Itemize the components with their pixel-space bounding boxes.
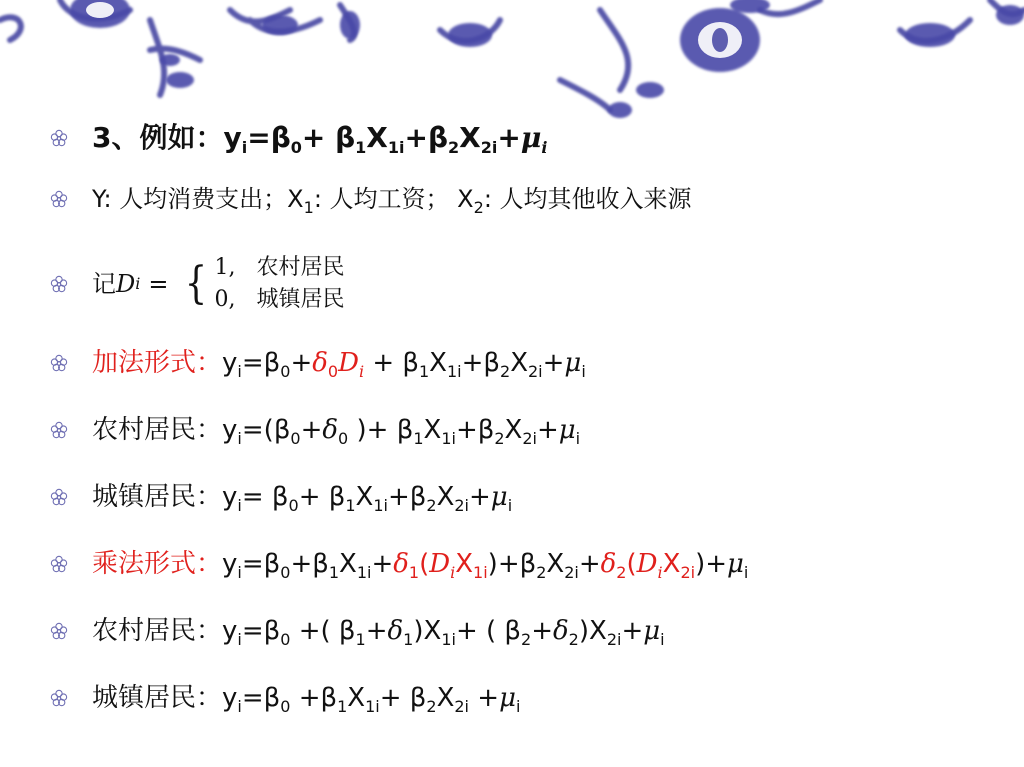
sub: 2 — [494, 429, 504, 448]
sub: 0 — [338, 429, 348, 448]
sym: β — [272, 482, 289, 512]
sub: 1 — [403, 630, 413, 649]
case-value: 1, — [214, 252, 256, 284]
sym: D — [116, 272, 135, 296]
sym: + — [537, 415, 559, 445]
sub: 1 — [337, 697, 347, 716]
sym: y — [223, 121, 241, 154]
sym: ( — [264, 415, 274, 445]
sub: 2 — [426, 697, 436, 716]
sym: β — [410, 482, 427, 512]
sub: 0 — [280, 697, 290, 716]
sym: μ — [643, 616, 660, 646]
flower-bullet-icon — [50, 622, 68, 640]
sym: = — [242, 683, 264, 713]
sub: 1i — [373, 496, 388, 515]
multiplicative-rural-line: 农村居民：yi=β0 +( β1+δ1)X1i+ ( β2+δ2)X2i+μi — [92, 618, 665, 644]
sym: ) — [695, 549, 705, 579]
sym: ) — [579, 616, 589, 646]
sym: X — [347, 683, 365, 713]
sym: β — [504, 616, 521, 646]
group-label: 农村居民： — [92, 616, 222, 646]
sub: 2 — [426, 496, 436, 515]
case-rural: 1,农村居民 — [214, 252, 344, 284]
bullet-multiplicative-urban: 城镇居民：yi=β0 +β1X1i+ β2X2i +μi — [50, 685, 520, 711]
sym: + — [498, 549, 520, 579]
sub: 2 — [521, 630, 531, 649]
sub: 0 — [280, 630, 290, 649]
sub: 2 — [474, 198, 484, 217]
sym: β — [271, 121, 291, 154]
sym: X — [437, 683, 455, 713]
sub: 1 — [356, 630, 366, 649]
sym: δ — [322, 415, 338, 445]
dummy-cases: 1,农村居民 0,城镇居民 — [214, 252, 344, 316]
sym: β — [478, 415, 495, 445]
sym: μ — [559, 415, 576, 445]
group-label: 城镇居民： — [92, 683, 222, 713]
flower-bullet-icon — [50, 129, 68, 147]
sub: i — [576, 429, 580, 448]
sym: = — [242, 415, 264, 445]
sub: 1i — [447, 362, 462, 381]
sym: + — [302, 121, 325, 154]
bullet-variable-definitions: Y: 人均消费支出；X1: 人均工资； X2: 人均其他收入来源 — [50, 187, 692, 211]
sym: X — [505, 415, 523, 445]
sym: X — [459, 121, 481, 154]
bullet-multiplicative-rural: 农村居民：yi=β0 +( β1+δ1)X1i+ ( β2+δ2)X2i+μi — [50, 618, 665, 644]
sym: X — [424, 415, 442, 445]
sym: β — [402, 348, 419, 378]
sym: + — [299, 482, 321, 512]
sub: 1 — [409, 563, 419, 582]
bullet-example-title: 3、例如：yi=β0+ β1X1i+β2X2i+μi — [50, 124, 547, 152]
sym: β — [264, 549, 281, 579]
sub: 2 — [448, 138, 459, 157]
sym: β — [483, 348, 500, 378]
sub: i — [660, 630, 664, 649]
sym: D — [637, 549, 658, 579]
sub: 2i — [680, 563, 695, 582]
variable-definitions-line: Y: 人均消费支出；X1: 人均工资； X2: 人均其他收入来源 — [92, 187, 692, 211]
sym: + — [621, 616, 643, 646]
flower-bullet-icon — [50, 354, 68, 372]
sub: 2i — [454, 697, 469, 716]
sub: 1 — [304, 198, 314, 217]
flower-bullet-icon — [50, 275, 68, 293]
sym: + — [301, 415, 323, 445]
sym: X — [510, 348, 528, 378]
sub: 0 — [290, 429, 300, 448]
sub: 2i — [564, 563, 579, 582]
sym: X — [339, 549, 357, 579]
sub: 1 — [345, 496, 355, 515]
bullet-additive-urban: 城镇居民：yi= β0+ β1X1i+β2X2i+μi — [50, 484, 512, 510]
sym: + — [371, 549, 393, 579]
sym: + — [290, 348, 312, 378]
sym: δ — [553, 616, 569, 646]
sym: δ — [601, 549, 617, 579]
sym: X — [356, 482, 374, 512]
bullet-additive-rural: 农村居民：yi=(β0+δ0 )+ β1X1i+β2X2i+μi — [50, 417, 580, 443]
sub: 2i — [481, 138, 498, 157]
sym: = — [242, 482, 264, 512]
form-label: 乘法形式： — [92, 549, 222, 579]
sub: 2i — [528, 362, 543, 381]
sym: + — [477, 683, 499, 713]
sym: y — [222, 616, 237, 646]
sym: X — [429, 348, 447, 378]
case-label: 农村居民 — [256, 252, 344, 284]
sub: 1 — [419, 362, 429, 381]
sym: + — [299, 616, 321, 646]
sym: ( — [486, 616, 496, 646]
text: Y: 人均消费支出；X — [92, 185, 304, 213]
sym: + — [543, 348, 565, 378]
sym: = — [242, 348, 264, 378]
sub: i — [744, 563, 748, 582]
sym: ) — [488, 549, 498, 579]
flower-bullet-icon — [50, 488, 68, 506]
brace: { — [185, 262, 207, 306]
sym: y — [222, 683, 237, 713]
sub: 1 — [413, 429, 423, 448]
sym: + — [469, 482, 491, 512]
sym: + — [299, 683, 321, 713]
sym: + — [456, 415, 478, 445]
sym: ) — [413, 616, 423, 646]
sym: ( — [321, 616, 331, 646]
sym: β — [520, 549, 537, 579]
sym: = — [242, 549, 264, 579]
additive-urban-line: 城镇居民：yi= β0+ β1X1i+β2X2i+μi — [92, 484, 512, 510]
sym: δ — [312, 348, 328, 378]
sym: D — [429, 549, 450, 579]
sym: + — [388, 482, 410, 512]
flower-bullet-icon — [50, 555, 68, 573]
sub: i — [516, 697, 520, 716]
additive-form-line: 加法形式：yi=β0+δ0Di + β1X1i+β2X2i+μi — [92, 350, 586, 376]
sym: + — [405, 121, 428, 154]
sym: + — [579, 549, 601, 579]
sub: 0 — [280, 362, 290, 381]
group-label: 城镇居民： — [92, 482, 222, 512]
sub: 1i — [473, 563, 488, 582]
sym: y — [222, 482, 237, 512]
sub: 0 — [328, 362, 338, 381]
sym: + — [531, 616, 553, 646]
sub: 2 — [536, 563, 546, 582]
sym: β — [410, 683, 427, 713]
sym: β — [335, 121, 355, 154]
sub: 1i — [365, 697, 380, 716]
flower-bullet-icon — [50, 689, 68, 707]
sub: i — [541, 138, 547, 157]
sub: 1i — [441, 630, 456, 649]
sym: X — [663, 549, 681, 579]
sym: = — [148, 272, 168, 296]
sym: + — [290, 549, 312, 579]
sub: 2i — [522, 429, 537, 448]
sym: ( — [419, 549, 429, 579]
sub: 2 — [500, 362, 510, 381]
sub: 0 — [291, 138, 302, 157]
sub: 2 — [569, 630, 579, 649]
text: 记 — [92, 272, 116, 296]
sub: 1i — [388, 138, 405, 157]
sym: + — [372, 348, 394, 378]
sub: 2i — [607, 630, 622, 649]
sub: 2i — [454, 496, 469, 515]
sym: = — [242, 616, 264, 646]
flower-bullet-icon — [50, 421, 68, 439]
sym: + — [705, 549, 727, 579]
sym: β — [264, 348, 281, 378]
sym: X — [589, 616, 607, 646]
sub: i — [508, 496, 512, 515]
sym: β — [428, 121, 448, 154]
sub: i — [581, 362, 585, 381]
flower-bullet-icon — [50, 190, 68, 208]
case-value: 0, — [214, 284, 256, 316]
sym: μ — [521, 121, 542, 154]
sym: = — [247, 121, 270, 154]
sym: β — [264, 616, 281, 646]
example-prefix: 3、例如： — [92, 121, 223, 154]
sym: X — [366, 121, 388, 154]
multiplicative-form-line: 乘法形式：yi=β0+β1X1i+δ1(DiX1i)+β2X2i+δ2(DiX2… — [92, 551, 748, 577]
sym: δ — [393, 549, 409, 579]
sym: X — [437, 482, 455, 512]
case-label: 城镇居民 — [256, 284, 344, 316]
sym: β — [264, 683, 281, 713]
sub: 0 — [289, 496, 299, 515]
sym: y — [222, 348, 237, 378]
sym: β — [329, 482, 346, 512]
sym: ) — [357, 415, 367, 445]
sym: + — [462, 348, 484, 378]
sym: μ — [564, 348, 581, 378]
floral-border-decoration — [0, 0, 1024, 120]
sub: 1i — [441, 429, 456, 448]
sym: + — [367, 415, 389, 445]
sym: + — [456, 616, 478, 646]
sub: 2 — [616, 563, 626, 582]
sym: μ — [491, 482, 508, 512]
group-label: 农村居民： — [92, 415, 222, 445]
sub: 1 — [329, 563, 339, 582]
sym: β — [339, 616, 356, 646]
sym: μ — [499, 683, 516, 713]
form-label: 加法形式： — [92, 348, 222, 378]
sym: δ — [388, 616, 404, 646]
multiplicative-urban-line: 城镇居民：yi=β0 +β1X1i+ β2X2i +μi — [92, 685, 520, 711]
sym: + — [366, 616, 388, 646]
sub: i — [359, 362, 364, 381]
sym: X — [455, 549, 473, 579]
sym: ( — [626, 549, 636, 579]
case-urban: 0,城镇居民 — [214, 284, 344, 316]
sub: 0 — [280, 563, 290, 582]
sym: β — [274, 415, 291, 445]
sub: 1 — [355, 138, 366, 157]
sym: μ — [727, 549, 744, 579]
sym: + — [380, 683, 402, 713]
sym: β — [397, 415, 414, 445]
sym: X — [424, 616, 442, 646]
bullet-dummy-definition: 记 Di = { 1,农村居民 0,城镇居民 — [50, 252, 345, 316]
sub: 1i — [357, 563, 372, 582]
bullet-multiplicative-form: 乘法形式：yi=β0+β1X1i+δ1(DiX1i)+β2X2i+δ2(DiX2… — [50, 551, 748, 577]
sym: y — [222, 415, 237, 445]
sym: + — [497, 121, 520, 154]
text: : 人均其他收入来源 — [484, 185, 692, 213]
additive-rural-line: 农村居民：yi=(β0+δ0 )+ β1X1i+β2X2i+μi — [92, 417, 580, 443]
text: : 人均工资； X — [314, 185, 474, 213]
dummy-definition-line: 记 Di = { 1,农村居民 0,城镇居民 — [92, 252, 345, 316]
sym: D — [338, 348, 359, 378]
example-formula-line: 3、例如：yi=β0+ β1X1i+β2X2i+μi — [92, 124, 547, 152]
bullet-additive-form: 加法形式：yi=β0+δ0Di + β1X1i+β2X2i+μi — [50, 350, 586, 376]
sym: y — [222, 549, 237, 579]
sym: X — [546, 549, 564, 579]
sym: β — [312, 549, 329, 579]
sym: β — [321, 683, 338, 713]
